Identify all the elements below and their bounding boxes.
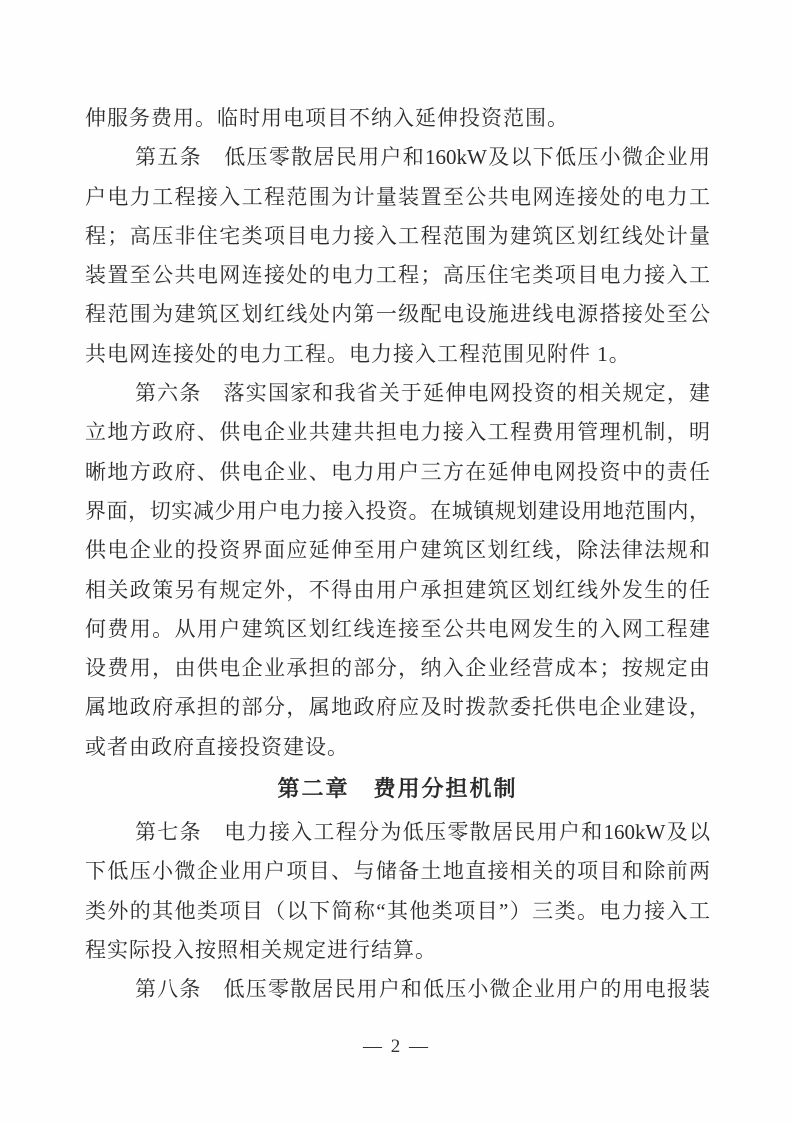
paragraph-line: 晰地方政府、供电企业、电力用户三方在延伸电网投资中的责任 [85, 453, 710, 492]
paragraph-line: 程范围为建筑区划红线处内第一级配电设施进线电源搭接处至公 [85, 295, 710, 334]
paragraph-line: 程实际投入按照相关规定进行结算。 [85, 931, 710, 970]
paragraph-line: 伸服务费用。临时用电项目不纳入延伸投资范围。 [85, 99, 710, 138]
paragraph-line: 界面，切实减少用户电力接入投资。在城镇规划建设用地范围内， [85, 492, 710, 531]
paragraph-line: 装置至公共电网连接处的电力工程；高压住宅类项目电力接入工 [85, 256, 710, 295]
paragraph-line: 设费用，由供电企业承担的部分，纳入企业经营成本；按规定由 [85, 649, 710, 688]
paragraph-line: 下低压小微企业用户项目、与储备土地直接相关的项目和除前两 [85, 852, 710, 891]
document-body: 伸服务费用。临时用电项目不纳入延伸投资范围。第五条 低压零散居民用户和160kW… [85, 99, 710, 1010]
page-footer: — 2 — [0, 1036, 793, 1058]
paragraph-line: 户电力工程接入工程范围为计量装置至公共电网连接处的电力工 [85, 178, 710, 217]
document-page: 伸服务费用。临时用电项目不纳入延伸投资范围。第五条 低压零散居民用户和160kW… [0, 0, 793, 1122]
paragraph-line: 何费用。从用户建筑区划红线连接至公共电网发生的入网工程建 [85, 610, 710, 649]
page-number: — 2 — [363, 1036, 430, 1057]
paragraph-line: 立地方政府、供电企业共建共担电力接入工程费用管理机制，明 [85, 413, 710, 452]
paragraph-line: 共电网连接处的电力工程。电力接入工程范围见附件 1。 [85, 335, 710, 374]
paragraph-line: 程；高压非住宅类项目电力接入工程范围为建筑区划红线处计量 [85, 217, 710, 256]
paragraph-line: 第七条 电力接入工程分为低压零散居民用户和160kW及以 [85, 813, 710, 852]
paragraph-line: 第八条 低压零散居民用户和低压小微企业用户的用电报装 [85, 970, 710, 1009]
paragraph-line: 相关政策另有规定外，不得由用户承担建筑区划红线外发生的任 [85, 571, 710, 610]
paragraph-line: 属地政府承担的部分，属地政府应及时拨款委托供电企业建设， [85, 688, 710, 727]
paragraph-line: 类外的其他类项目（以下简称“其他类项目”）三类。电力接入工 [85, 892, 710, 931]
paragraph-line: 供电企业的投资界面应延伸至用户建筑区划红线，除法律法规和 [85, 531, 710, 570]
paragraph-line: 第六条 落实国家和我省关于延伸电网投资的相关规定，建 [85, 374, 710, 413]
chapter-heading: 第二章 费用分担机制 [85, 767, 710, 813]
paragraph-line: 或者由政府直接投资建设。 [85, 728, 710, 767]
paragraph-line: 第五条 低压零散居民用户和160kW及以下低压小微企业用 [85, 138, 710, 177]
